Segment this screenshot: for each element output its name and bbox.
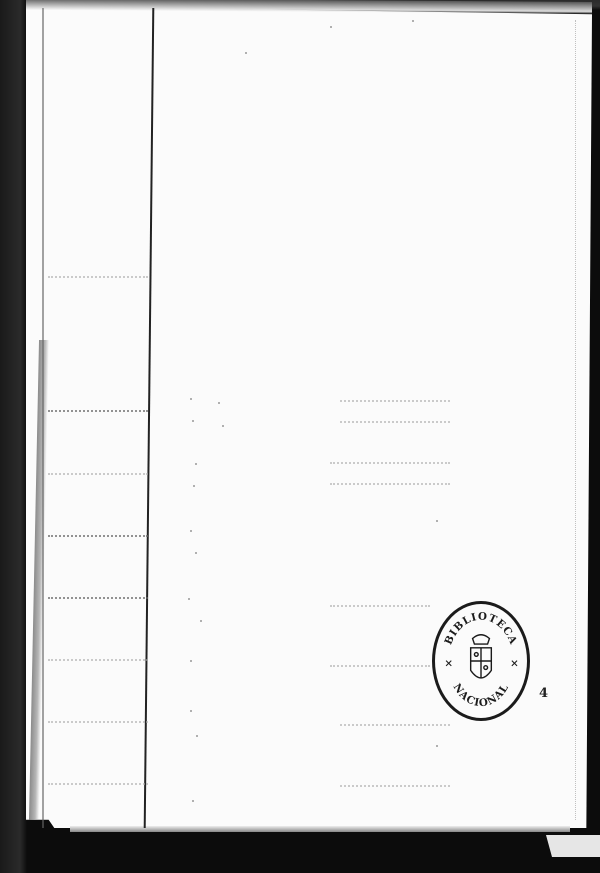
coat-of-arms-icon [471,635,492,678]
ledger-rule [330,605,430,607]
faded-ink [200,620,202,622]
ledger-rule [48,276,148,278]
ledger-rule [48,721,148,723]
faded-ink [436,520,438,522]
stamp-seal-icon: BIBLIOTECA NACIONAL × × [435,604,527,718]
right-margin-dots [575,20,578,820]
faded-ink [190,710,192,712]
library-stamp: BIBLIOTECA NACIONAL × × [432,601,530,721]
ledger-rule [330,665,430,667]
faded-ink [412,20,414,22]
inner-margin-line [42,8,44,828]
ledger-rule [330,483,450,485]
ledger-rule [340,724,450,726]
stamp-bottom-text: NACIONAL [451,682,512,710]
faded-ink [245,52,247,54]
ledger-rule [340,400,450,402]
faded-ink [188,598,190,600]
faded-ink [196,735,198,737]
ledger-rule [48,410,148,412]
ledger-rule [330,462,450,464]
faded-ink [195,552,197,554]
ledger-rule [48,659,148,661]
ledger-rule [340,421,450,423]
faded-ink [193,485,195,487]
stamp-separator-left: × [444,658,454,670]
faded-ink [190,660,192,662]
faded-ink [192,420,194,422]
faded-ink [218,402,220,404]
stamp-separator-right: × [510,658,520,670]
faded-ink [195,463,197,465]
ledger-rule [340,785,450,787]
stamp-top-text: BIBLIOTECA [442,610,519,646]
faded-ink [436,745,438,747]
faded-ink [192,800,194,802]
faded-ink [190,530,192,532]
ledger-rule [48,783,148,785]
ledger-rule [48,597,148,599]
faded-ink [222,425,224,427]
ledger-rule [48,535,148,537]
faded-ink [190,398,192,400]
page-mark: 4 [539,686,548,701]
faded-ink [330,26,332,28]
ledger-rule [48,473,148,475]
